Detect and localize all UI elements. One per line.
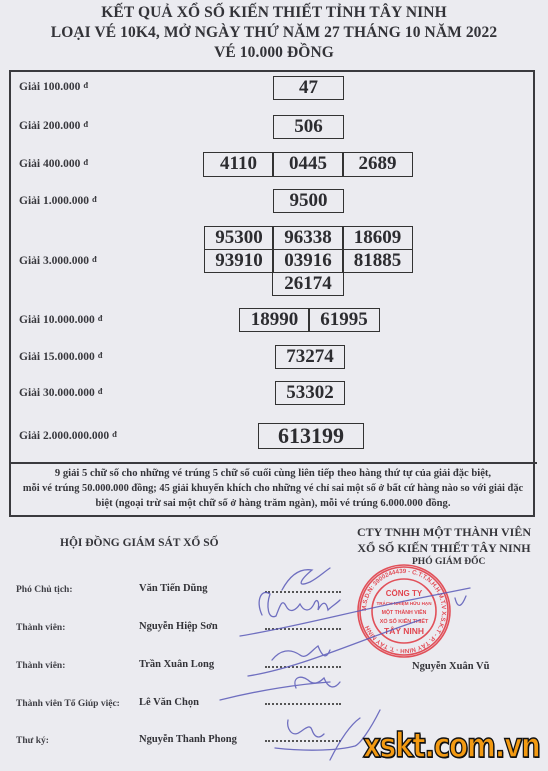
- prize-label-3m: Giải 3.000.000đ: [19, 255, 97, 267]
- prize-label-special: Giải 2.000.000.000đ: [19, 430, 117, 442]
- member-role: Thành viên:: [16, 661, 65, 671]
- svg-text:TÂY NINH: TÂY NINH: [384, 625, 424, 636]
- company-line-1: CTY TNHH MỘT THÀNH VIÊN: [350, 525, 538, 540]
- council-title: HỘI ĐỒNG GIÁM SÁT XỔ SỐ: [60, 537, 219, 549]
- svg-text:TRÁCH NHIỆM HỮU HẠN: TRÁCH NHIỆM HỮU HẠN: [376, 599, 432, 606]
- prize-note: 9 giải 5 chữ số cho những vé trúng 5 chữ…: [12, 466, 534, 511]
- signature-line: [265, 628, 341, 630]
- title-line-2: LOẠI VÉ 10K4, MỞ NGÀY THỨ NĂM 27 THÁNG 1…: [0, 24, 548, 42]
- member-name: Văn Tiến Dũng: [139, 583, 207, 594]
- prize-3m-number: 95300: [204, 226, 274, 250]
- prize-label-100k: Giải 100.000đ: [19, 81, 88, 93]
- prize-400k-number: 0445: [272, 152, 344, 177]
- prize-3m-number: 96338: [272, 226, 344, 250]
- signature-line: [265, 591, 341, 593]
- prize-3m-number: 18609: [342, 226, 413, 250]
- member-name: Nguyễn Thanh Phong: [139, 734, 237, 745]
- prize-3m-number: 93910: [204, 249, 274, 273]
- company-signer-name: Nguyễn Xuân Vũ: [412, 661, 489, 672]
- prize-3m-number: 26174: [272, 272, 344, 296]
- svg-text:XỔ SỐ KIẾN THIẾT: XỔ SỐ KIẾN THIẾT: [380, 618, 429, 625]
- frame-divider: [9, 462, 537, 464]
- member-role: Thành viên:: [16, 623, 65, 633]
- prize-label-10m: Giải 10.000.000đ: [19, 314, 102, 326]
- prize-100k-number: 47: [273, 76, 344, 100]
- prize-15m-number: 73274: [275, 345, 345, 369]
- prize-400k-number: 2689: [342, 152, 413, 177]
- company-line-2: XỔ SỐ KIẾN THIẾT TÂY NINH: [346, 541, 542, 556]
- prize-3m-number: 81885: [342, 249, 413, 273]
- prize-3m-number: 03916: [272, 249, 344, 273]
- prize-label-1m: Giải 1.000.000đ: [19, 195, 97, 207]
- member-role: Phó Chủ tịch:: [16, 585, 72, 595]
- prize-10m-number: 61995: [308, 308, 380, 332]
- member-name: Lê Văn Chọn: [139, 697, 199, 708]
- prize-label-30m: Giải 30.000.000đ: [19, 387, 102, 399]
- signature-line: [265, 703, 341, 705]
- prize-30m-number: 53302: [275, 381, 345, 405]
- member-name: Trần Xuân Long: [139, 659, 214, 670]
- prize-400k-number: 4110: [203, 152, 274, 177]
- prize-10m-number: 18990: [239, 308, 310, 332]
- title-line-1: KẾT QUẢ XỔ SỐ KIẾN THIẾT TỈNH TÂY NINH: [0, 4, 548, 22]
- member-role: Thành viên Tổ Giúp việc:: [16, 699, 120, 709]
- member-role: Thư ký:: [16, 736, 49, 746]
- site-watermark: xskt.com.vn: [363, 726, 540, 766]
- prize-label-200k: Giải 200.000đ: [19, 120, 88, 132]
- prize-label-400k: Giải 400.000đ: [19, 158, 88, 170]
- signature-line: [265, 666, 341, 668]
- signature-line: [265, 740, 341, 742]
- svg-text:CÔNG TY: CÔNG TY: [386, 589, 423, 598]
- member-name: Nguyễn Hiệp Sơn: [139, 621, 218, 632]
- company-stamp: M.S.D.N: 3900244439 - C.T.T.N.H.H.M.T.V …: [356, 563, 452, 659]
- prize-label-15m: Giải 15.000.000đ: [19, 351, 102, 363]
- special-prize-number: 613199: [258, 423, 364, 449]
- prize-200k-number: 506: [273, 115, 344, 139]
- prize-1m-number: 9500: [273, 189, 344, 213]
- title-line-3: VÉ 10.000 ĐỒNG: [0, 44, 548, 62]
- svg-text:MỘT THÀNH VIÊN: MỘT THÀNH VIÊN: [382, 608, 427, 616]
